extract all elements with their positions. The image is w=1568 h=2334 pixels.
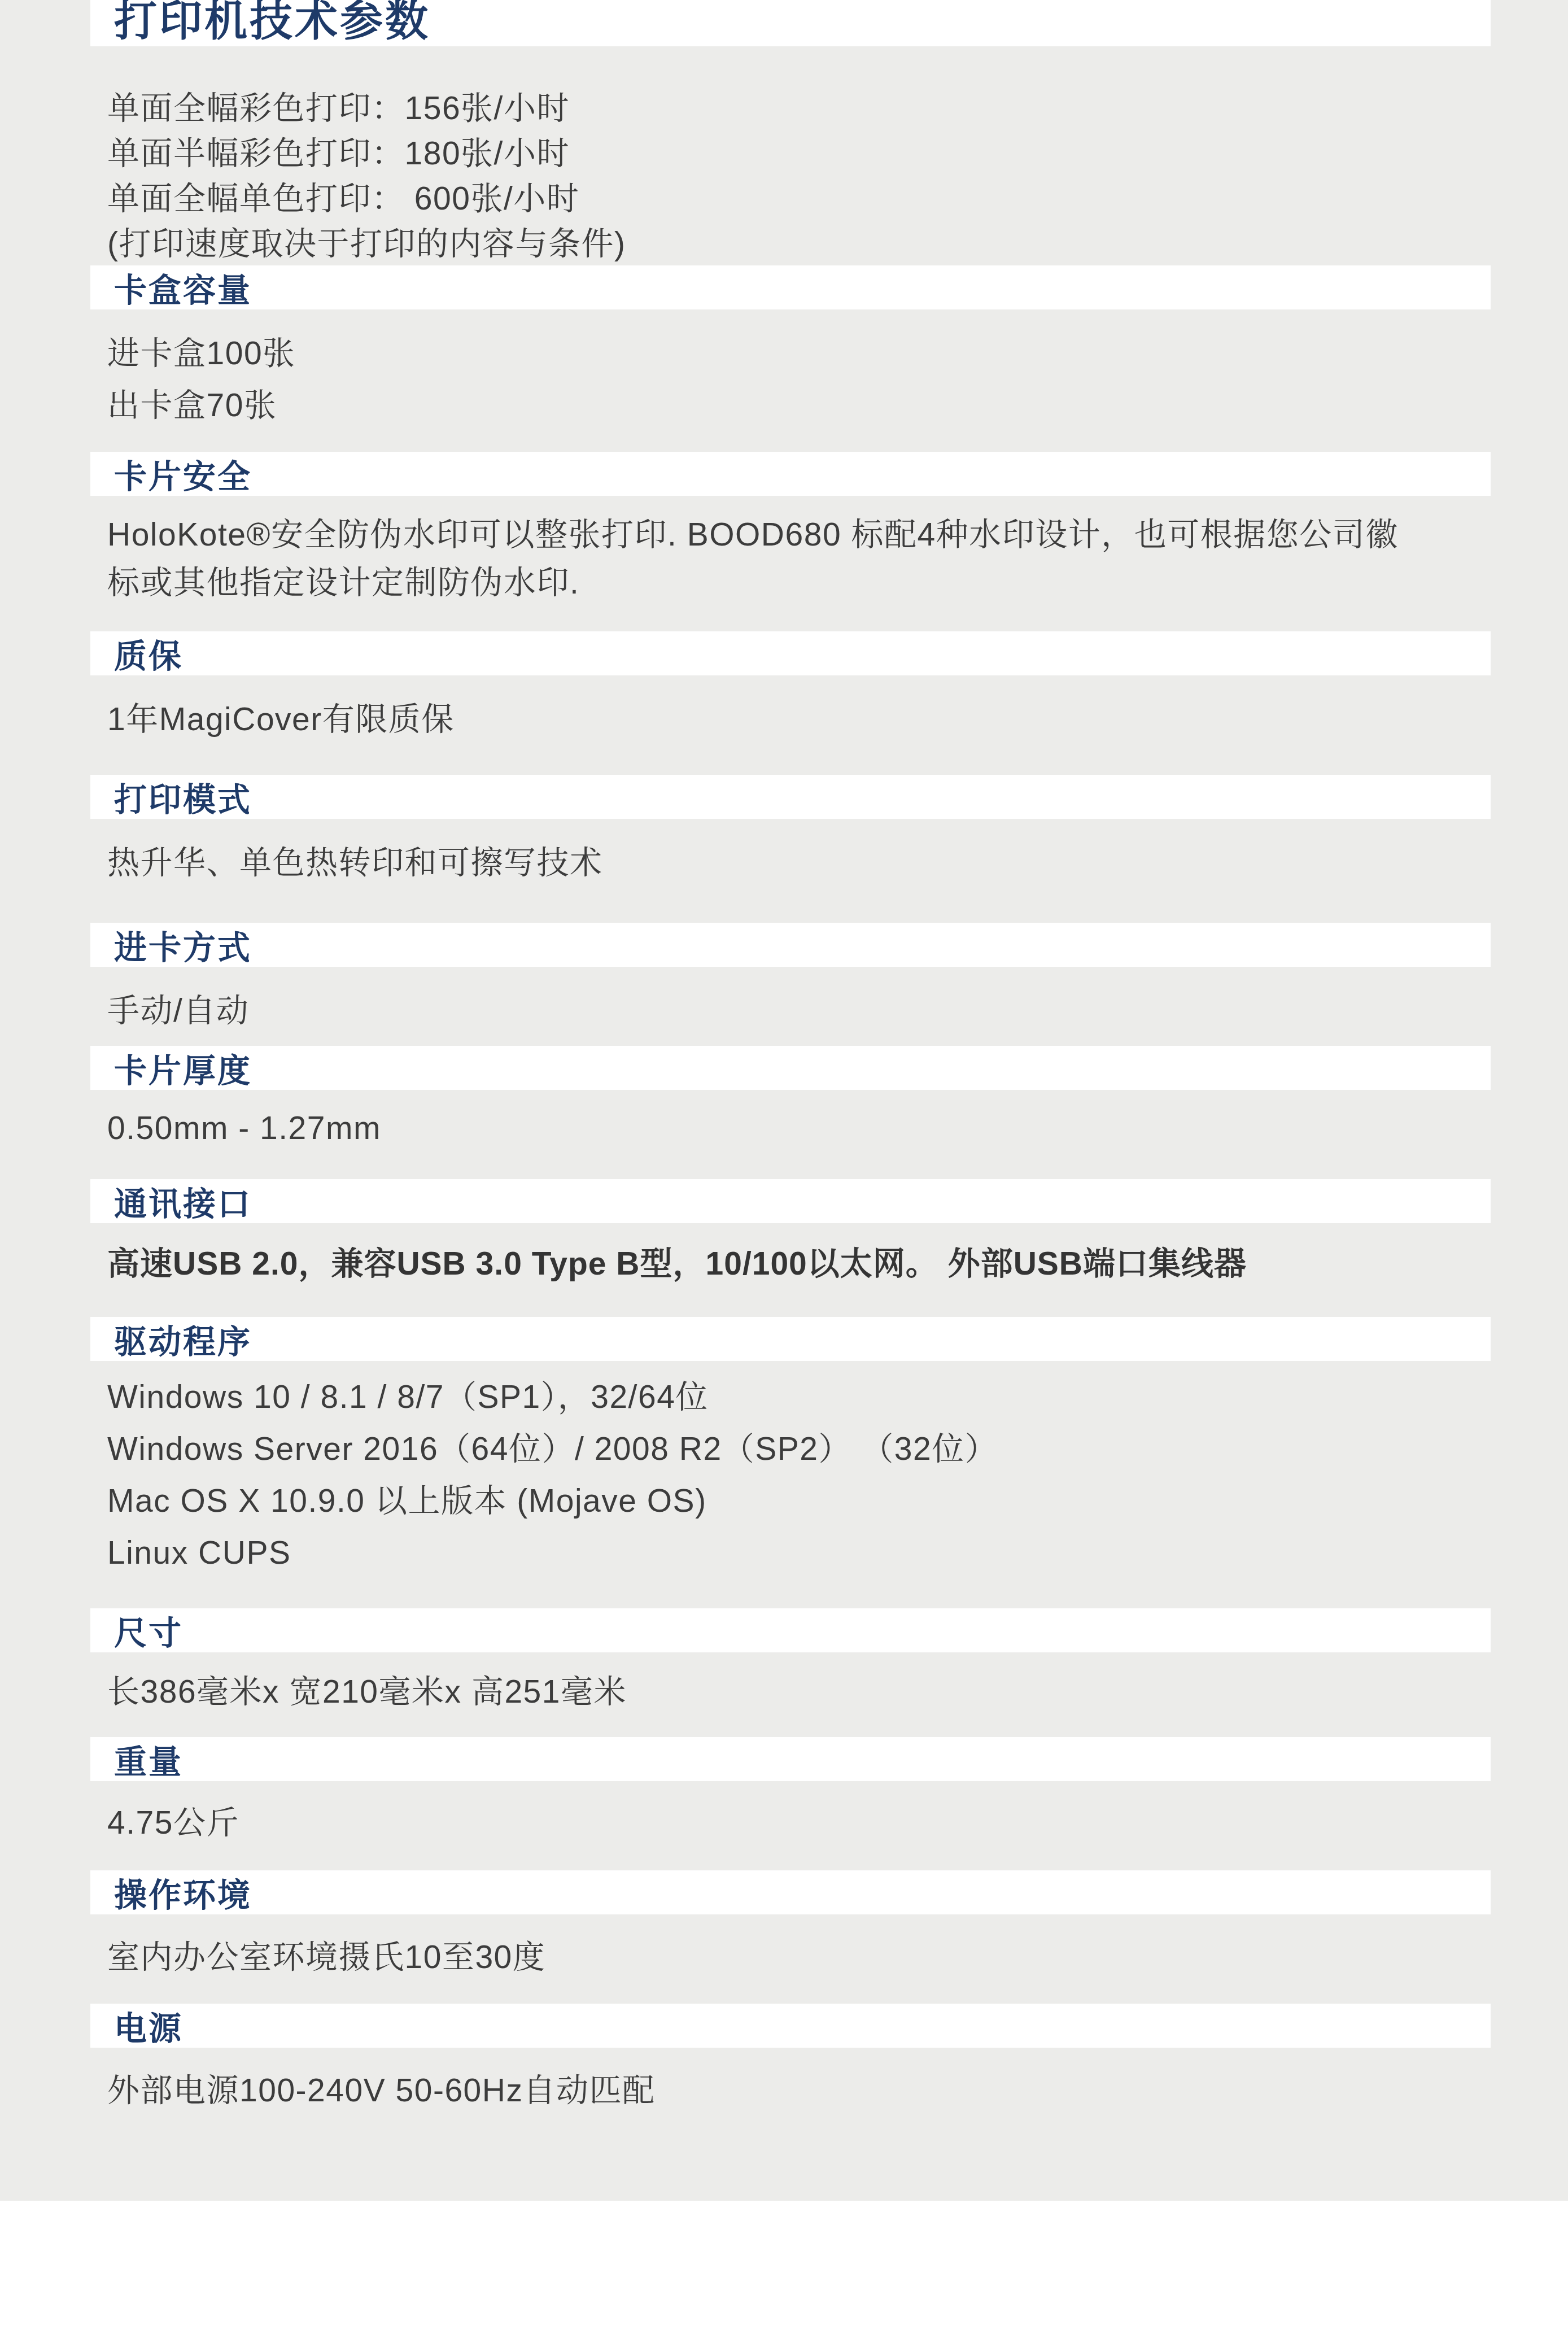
section-header-label: 卡片安全 [114, 452, 252, 496]
section-body: 高速USB 2.0，兼容USB 3.0 Type B型，10/100以太网。 外… [107, 1238, 1489, 1290]
section-header-bar: 打印模式 [90, 775, 1491, 819]
spec-text-line: 外部电源100-240V 50-60Hz自动匹配 [107, 2065, 1489, 2117]
section-header-bar: 操作环境 [90, 1870, 1491, 1914]
section-header-label: 尺寸 [114, 1608, 183, 1652]
section-body: HoloKote®安全防伪水印可以整张打印. BOOD680 标配4种水印设计，… [107, 511, 1489, 607]
section-header-label: 通讯接口 [114, 1179, 252, 1223]
section-header-label: 重量 [114, 1737, 183, 1781]
section-header-label: 质保 [114, 631, 183, 675]
section-header-bar: 卡片安全 [90, 452, 1491, 496]
section-header-bar: 卡盒容量 [90, 265, 1491, 309]
section-header-label: 卡片厚度 [114, 1046, 252, 1090]
spec-text-line: 出卡盒70张 [107, 379, 1489, 431]
section-body: 室内办公室环境摄氏10至30度 [107, 1931, 1489, 1983]
section-header-bar: 卡片厚度 [90, 1046, 1491, 1090]
spec-text-line: 0.50mm - 1.27mm [107, 1102, 1489, 1154]
spec-text-line: 单面半幅彩色打印：180张/小时 [107, 131, 1489, 176]
section-header-label: 驱动程序 [114, 1317, 252, 1361]
section-header-label: 操作环境 [114, 1870, 252, 1914]
section-body: 1年MagiCover有限质保 [107, 693, 1489, 745]
section-header-label: 进卡方式 [114, 923, 252, 967]
spec-text-line: Mac OS X 10.9.0 以上版本 (Mojave OS) [107, 1475, 1489, 1527]
section-header-label: 电源 [114, 2004, 183, 2048]
page-title: 打印机技术参数 [114, 0, 430, 46]
spec-text-line: 高速USB 2.0，兼容USB 3.0 Type B型，10/100以太网。 外… [107, 1238, 1489, 1290]
section-body: 0.50mm - 1.27mm [107, 1102, 1489, 1154]
section-body: 进卡盒100张出卡盒70张 [107, 328, 1489, 431]
spec-text-line: Windows Server 2016（64位）/ 2008 R2（SP2） （… [107, 1423, 1489, 1475]
section-header-label: 打印模式 [114, 775, 252, 819]
spec-text-line: 热升华、单色热转印和可擦写技术 [107, 837, 1489, 889]
section-body: 4.75公斤 [107, 1797, 1489, 1849]
spec-sheet-page: 打印机技术参数单面全幅彩色打印：156张/小时单面半幅彩色打印：180张/小时单… [0, 0, 1568, 2334]
spec-text-line: 1年MagiCover有限质保 [107, 693, 1489, 745]
section-header-bar: 电源 [90, 2004, 1491, 2048]
spec-text-line: Windows 10 / 8.1 / 8/7（SP1），32/64位 [107, 1371, 1489, 1423]
spec-text-line: Linux CUPS [107, 1527, 1489, 1579]
section-header-bar: 驱动程序 [90, 1317, 1491, 1361]
spec-text-line: (打印速度取决于打印的内容与条件) [107, 221, 1489, 267]
spec-text-line: 进卡盒100张 [107, 328, 1489, 379]
spec-text-line: 4.75公斤 [107, 1797, 1489, 1849]
section-body: 手动/自动 [107, 985, 1489, 1037]
section-header-label: 卡盒容量 [114, 265, 252, 309]
spec-text-line: HoloKote®安全防伪水印可以整张打印. BOOD680 标配4种水印设计，… [107, 511, 1489, 559]
section-body: 长386毫米x 宽210毫米x 高251毫米 [107, 1666, 1489, 1718]
section-body: 热升华、单色热转印和可擦写技术 [107, 837, 1489, 889]
spec-text-line: 长386毫米x 宽210毫米x 高251毫米 [107, 1666, 1489, 1718]
section-header-bar: 通讯接口 [90, 1179, 1491, 1223]
section-body: 单面全幅彩色打印：156张/小时单面半幅彩色打印：180张/小时单面全幅单色打印… [107, 86, 1489, 267]
spec-text-line: 手动/自动 [107, 985, 1489, 1037]
section-header-bar: 进卡方式 [90, 923, 1491, 967]
section-body: Windows 10 / 8.1 / 8/7（SP1），32/64位Window… [107, 1371, 1489, 1579]
section-body: 外部电源100-240V 50-60Hz自动匹配 [107, 2065, 1489, 2117]
spec-text-line: 单面全幅单色打印： 600张/小时 [107, 176, 1489, 221]
page-title-bar: 打印机技术参数 [90, 0, 1491, 46]
spec-text-line: 室内办公室环境摄氏10至30度 [107, 1931, 1489, 1983]
section-header-bar: 重量 [90, 1737, 1491, 1781]
section-header-bar: 尺寸 [90, 1608, 1491, 1652]
spec-text-line: 单面全幅彩色打印：156张/小时 [107, 86, 1489, 131]
spec-text-line: 标或其他指定设计定制防伪水印. [107, 559, 1489, 607]
section-header-bar: 质保 [90, 631, 1491, 675]
